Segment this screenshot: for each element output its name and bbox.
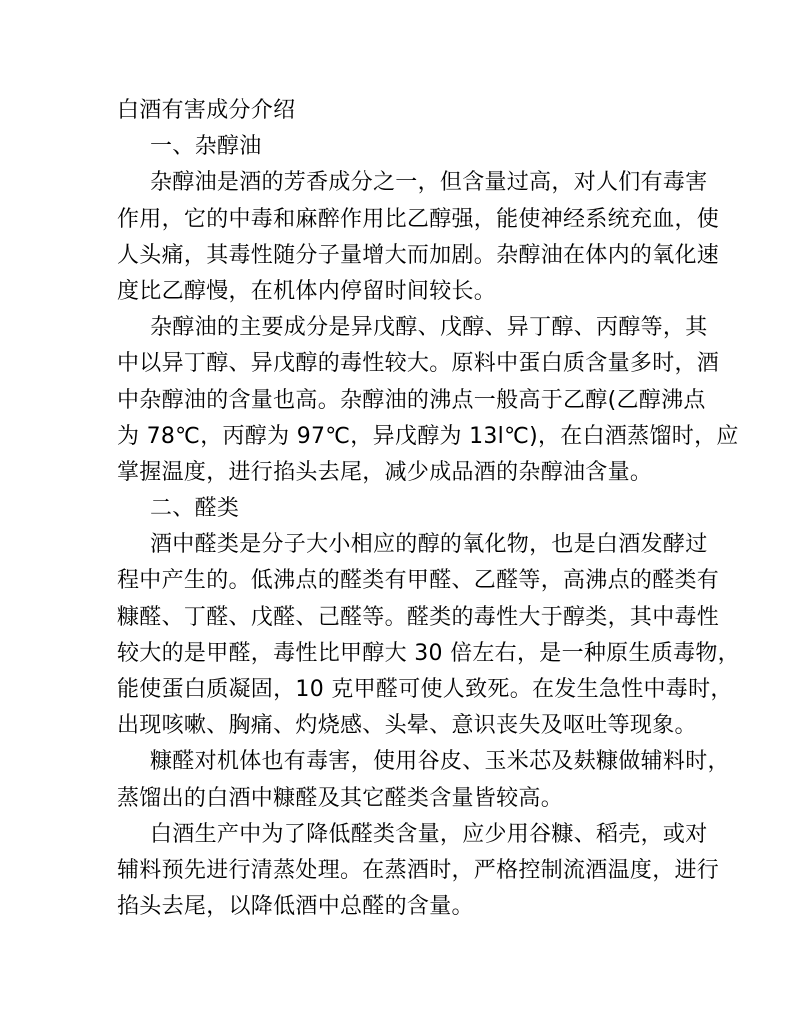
- section-heading: 一、杂醇油: [117, 129, 692, 165]
- paragraph: 糠醛对机体也有毒害，使用谷皮、玉米芯及麸糠做辅料时， 蒸馏出的白酒中糠醛及其它醛…: [117, 744, 692, 816]
- paragraph-line: 掌握温度，进行掐头去尾，减少成品酒的杂醇油含量。: [117, 455, 692, 491]
- paragraph-line: 杂醇油的主要成分是异戊醇、戊醇、异丁醇、丙醇等，其: [117, 310, 692, 346]
- paragraph-line: 掐头去尾，以降低酒中总醛的含量。: [117, 889, 692, 925]
- section-fusel-oil: 一、杂醇油 杂醇油是酒的芳香成分之一，但含量过高，对人们有毒害 作用，它的中毒和…: [117, 129, 692, 491]
- paragraph-line: 程中产生的。低沸点的醛类有甲醛、乙醛等，高沸点的醛类有: [117, 563, 692, 599]
- document-page: 白酒有害成分介绍 一、杂醇油 杂醇油是酒的芳香成分之一，但含量过高，对人们有毒害…: [117, 93, 692, 925]
- paragraph-line: 能使蛋白质凝固，10 克甲醛可使人致死。在发生急性中毒时，: [117, 672, 692, 708]
- paragraph-line: 出现咳嗽、胸痛、灼烧感、头晕、意识丧失及呕吐等现象。: [117, 708, 692, 744]
- paragraph-line: 酒中醛类是分子大小相应的醇的氧化物，也是白酒发酵过: [117, 527, 692, 563]
- paragraph-line: 辅料预先进行清蒸处理。在蒸酒时，严格控制流酒温度，进行: [117, 853, 692, 889]
- paragraph-line: 蒸馏出的白酒中糠醛及其它醛类含量皆较高。: [117, 781, 692, 817]
- paragraph: 白酒生产中为了降低醛类含量，应少用谷糠、稻壳，或对 辅料预先进行清蒸处理。在蒸酒…: [117, 817, 692, 926]
- paragraph-line: 白酒生产中为了降低醛类含量，应少用谷糠、稻壳，或对: [117, 817, 692, 853]
- section-heading: 二、醛类: [117, 491, 692, 527]
- paragraph-line: 较大的是甲醛，毒性比甲醇大 30 倍左右，是一种原生质毒物，: [117, 636, 692, 672]
- paragraph-line: 作用，它的中毒和麻醉作用比乙醇强，能使神经系统充血，使: [117, 202, 692, 238]
- document-title: 白酒有害成分介绍: [117, 93, 692, 129]
- section-aldehydes: 二、醛类 酒中醛类是分子大小相应的醇的氧化物，也是白酒发酵过 程中产生的。低沸点…: [117, 491, 692, 925]
- paragraph-line: 中以异丁醇、异戊醇的毒性较大。原料中蛋白质含量多时，酒: [117, 346, 692, 382]
- paragraph: 杂醇油的主要成分是异戊醇、戊醇、异丁醇、丙醇等，其 中以异丁醇、异戊醇的毒性较大…: [117, 310, 692, 491]
- paragraph-line: 中杂醇油的含量也高。杂醇油的沸点一般高于乙醇(乙醇沸点: [117, 383, 692, 419]
- paragraph-line: 人头痛，其毒性随分子量增大而加剧。杂醇油在体内的氧化速: [117, 238, 692, 274]
- paragraph-line: 糠醛、丁醛、戊醛、己醛等。醛类的毒性大于醇类，其中毒性: [117, 600, 692, 636]
- paragraph-line: 糠醛对机体也有毒害，使用谷皮、玉米芯及麸糠做辅料时，: [117, 744, 692, 780]
- paragraph-line: 杂醇油是酒的芳香成分之一，但含量过高，对人们有毒害: [117, 165, 692, 201]
- paragraph-line: 为 78℃，丙醇为 97℃，异戊醇为 13l℃)，在白酒蒸馏时，应: [117, 419, 692, 455]
- paragraph: 酒中醛类是分子大小相应的醇的氧化物，也是白酒发酵过 程中产生的。低沸点的醛类有甲…: [117, 527, 692, 744]
- paragraph-line: 度比乙醇慢，在机体内停留时间较长。: [117, 274, 692, 310]
- paragraph: 杂醇油是酒的芳香成分之一，但含量过高，对人们有毒害 作用，它的中毒和麻醉作用比乙…: [117, 165, 692, 310]
